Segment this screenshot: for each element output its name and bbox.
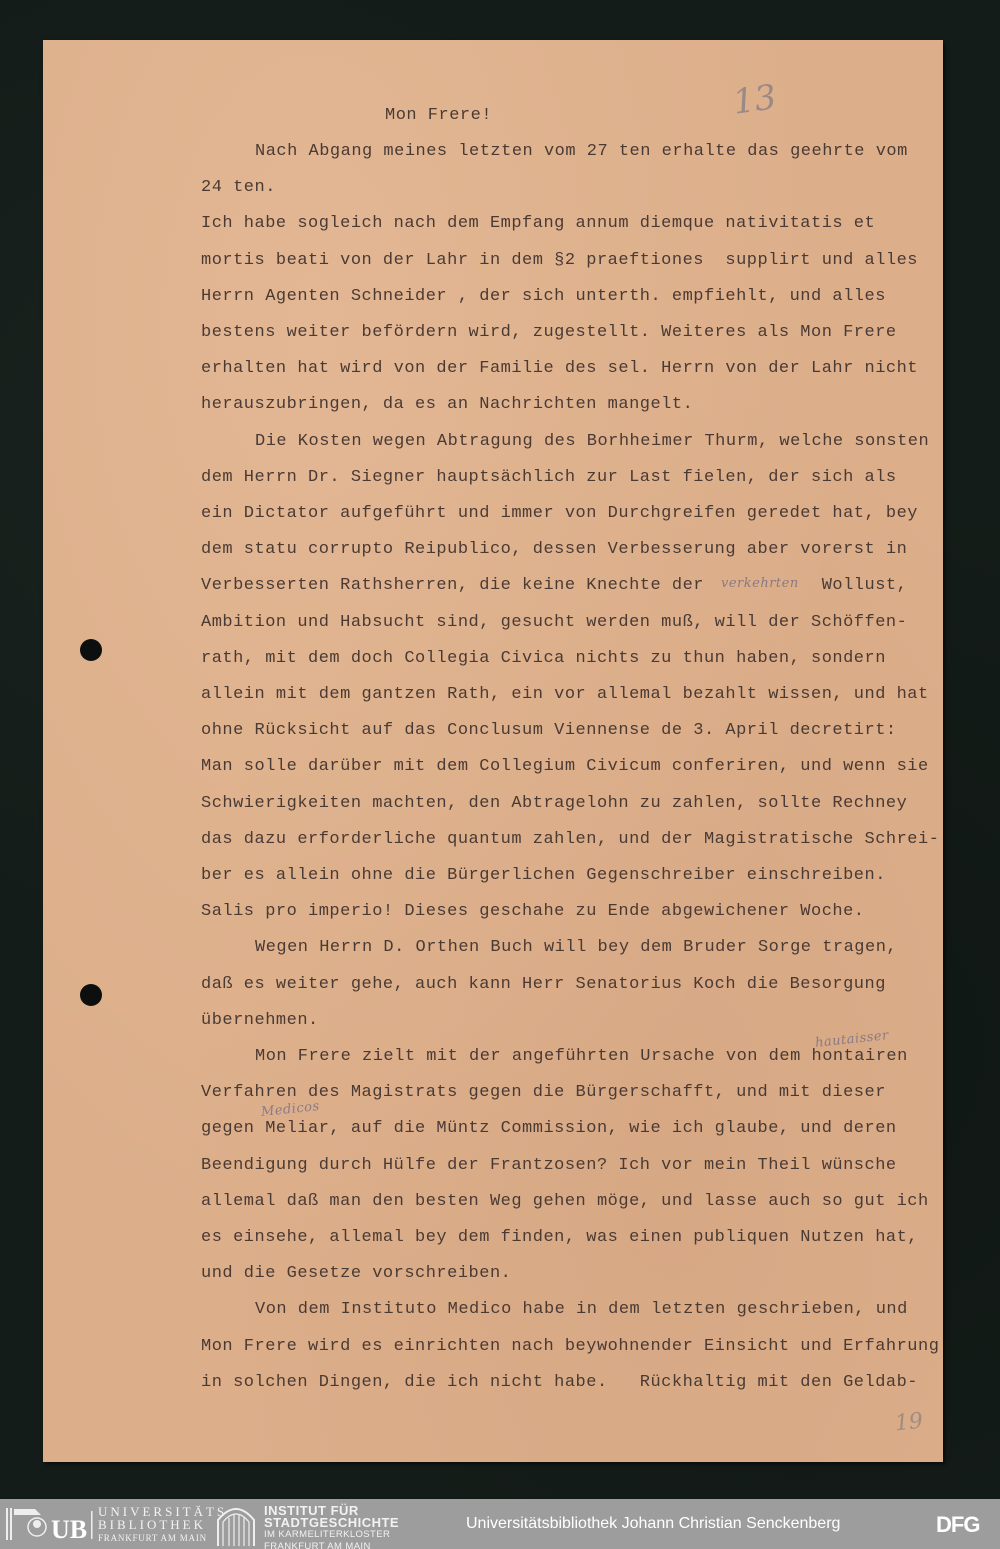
letter-line: bestens weiter befördern wird, zugestell… (201, 323, 897, 343)
letter-line: übernehmen. (201, 1011, 319, 1031)
letter-line: daß es weiter gehe, auch kann Herr Senat… (201, 975, 886, 995)
letter-line: Mon Frere zielt mit der angeführten Ursa… (255, 1047, 908, 1067)
letter-line: Von dem Instituto Medico habe in dem let… (255, 1300, 908, 1320)
dfg-logo-icon: DFG (936, 1512, 979, 1538)
letter-line: Mon Frere wird es einrichten nach beywoh… (201, 1337, 939, 1357)
letter-line: und die Gesetze vorschreiben. (201, 1264, 511, 1284)
folio-number-top: 13 (730, 77, 778, 123)
salutation: Mon Frere! (385, 106, 492, 126)
letter-line: ohne Rücksicht auf das Conclusum Viennen… (201, 721, 897, 741)
handwritten-annotation: verkehrten (721, 576, 799, 591)
letter-line: Herrn Agenten Schneider , der sich unter… (201, 287, 886, 307)
letter-line: gegen Meliar, auf die Müntz Commission, … (201, 1119, 897, 1139)
ub-library-name: UNIVERSITÄTS BIBLIOTHEK FRANKFURT AM MAI… (98, 1505, 227, 1545)
document-page: 13 19 Mon Frere! Nach Abgang meines letz… (43, 40, 943, 1462)
letter-line: Ambition und Habsucht sind, gesucht werd… (201, 613, 907, 633)
letter-line: dem Herrn Dr. Siegner hauptsächlich zur … (201, 468, 897, 488)
institute-name: INSTITUT FÜR STADTGESCHICHTE IM KARMELIT… (264, 1505, 399, 1549)
letter-line: Ich habe sogleich nach dem Empfang annum… (201, 214, 875, 234)
letter-line: in solchen Dingen, die ich nicht habe. R… (201, 1373, 918, 1393)
letter-line: Verbesserten Rathsherren, die keine Knec… (201, 576, 907, 596)
letter-line: ein Dictator aufgeführt und immer von Du… (201, 504, 918, 524)
letter-line: Man solle darüber mit dem Collegium Civi… (201, 757, 929, 777)
punch-hole-lower (80, 984, 102, 1006)
folio-number-bottom: 19 (894, 1409, 924, 1437)
letter-line: Beendigung durch Hülfe der Frantzosen? I… (201, 1156, 897, 1176)
letter-line: 24 ten. (201, 178, 276, 198)
institute-logo-icon (214, 1504, 258, 1546)
letter-line: Salis pro imperio! Dieses geschahe zu En… (201, 902, 865, 922)
library-full-name: Universitätsbibliothek Johann Christian … (466, 1515, 840, 1533)
letter-line: allein mit dem gantzen Rath, ein vor all… (201, 685, 929, 705)
letter-line: Nach Abgang meines letzten vom 27 ten er… (255, 142, 908, 162)
letter-line: Die Kosten wegen Abtragung des Borhheime… (255, 432, 929, 452)
letter-line: erhalten hat wird von der Familie des se… (201, 359, 918, 379)
letter-line: allemal daß man den besten Weg gehen mög… (201, 1192, 929, 1212)
punch-hole-upper (80, 639, 102, 661)
letter-line: ber es allein ohne die Bürgerlichen Gege… (201, 866, 886, 886)
letter-line: es einsehe, allemal bey dem finden, was … (201, 1228, 918, 1248)
letter-line: mortis beati von der Lahr in dem §2 prae… (201, 251, 918, 271)
footer-bar: UB UNIVERSITÄTS BIBLIOTHEK FRANKFURT AM … (0, 1499, 1000, 1549)
letter-line: herauszubringen, da es an Nachrichten ma… (201, 395, 693, 415)
svg-text:UB: UB (51, 1515, 87, 1543)
ub-library-logo-icon: UB (5, 1505, 93, 1543)
letter-line: dem statu corrupto Reipublico, dessen Ve… (201, 540, 907, 560)
letter-line: das dazu erforderliche quantum zahlen, u… (201, 830, 939, 850)
letter-line: rath, mit dem doch Collegia Civica nicht… (201, 649, 886, 669)
letter-line: Schwierigkeiten machten, den Abtragelohn… (201, 794, 907, 814)
letter-line: Wegen Herrn D. Orthen Buch will bey dem … (255, 938, 897, 958)
